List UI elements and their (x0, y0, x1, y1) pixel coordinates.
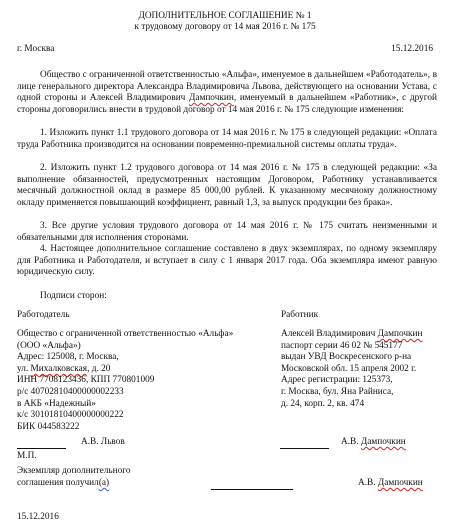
receipt-line-2: соглашения получил(а) (17, 478, 109, 490)
document-subtitle: к трудовому договору от 14 мая 2016 г. №… (0, 22, 450, 34)
employer-details: Общество с ограниченной ответственностью… (17, 329, 233, 433)
stamp-placeholder: М.П. (17, 451, 37, 463)
employee-heading: Работник (281, 310, 318, 322)
employer-signature-line[interactable] (17, 448, 66, 449)
receipt-signature-line[interactable] (211, 489, 293, 490)
employee-signer: А.В. Дампочкин (341, 437, 406, 449)
clause-3: 3. Все другие условия трудового договора… (17, 221, 437, 244)
document-title: ДОПОЛНИТЕЛЬНОЕ СОГЛАШЕНИЕ № 1 (0, 11, 450, 23)
clause-2: 2. Изложить пункт 1.2 трудового договора… (17, 163, 437, 209)
clause-4: 4. Настоящее дополнительное соглашение с… (17, 244, 437, 279)
receipt-line-1: Экземпляр дополнительного (17, 466, 130, 478)
intro-paragraph: Общество с ограниченной ответственностью… (17, 70, 437, 116)
signatures-heading: Подписи сторон: (40, 291, 107, 303)
receipt-signer: А.В. Дампочкин (358, 478, 423, 490)
employer-heading: Работодатель (17, 310, 70, 322)
employer-signer: А.В. Львов (81, 437, 125, 449)
clause-1: 1. Изложить пункт 1.1 трудового договора… (17, 128, 437, 151)
employee-signature-line[interactable] (280, 448, 329, 449)
employee-surname: Дампочкин (189, 93, 234, 103)
document-date: 15.12.2016 (391, 44, 433, 56)
city: г. Москва (17, 44, 54, 56)
street-name: Михалковская (31, 364, 88, 374)
receipt-date: 15.12.2016 (17, 512, 59, 524)
employee-details: Алексей Владимирович Дампочкин паспорт с… (281, 329, 423, 410)
